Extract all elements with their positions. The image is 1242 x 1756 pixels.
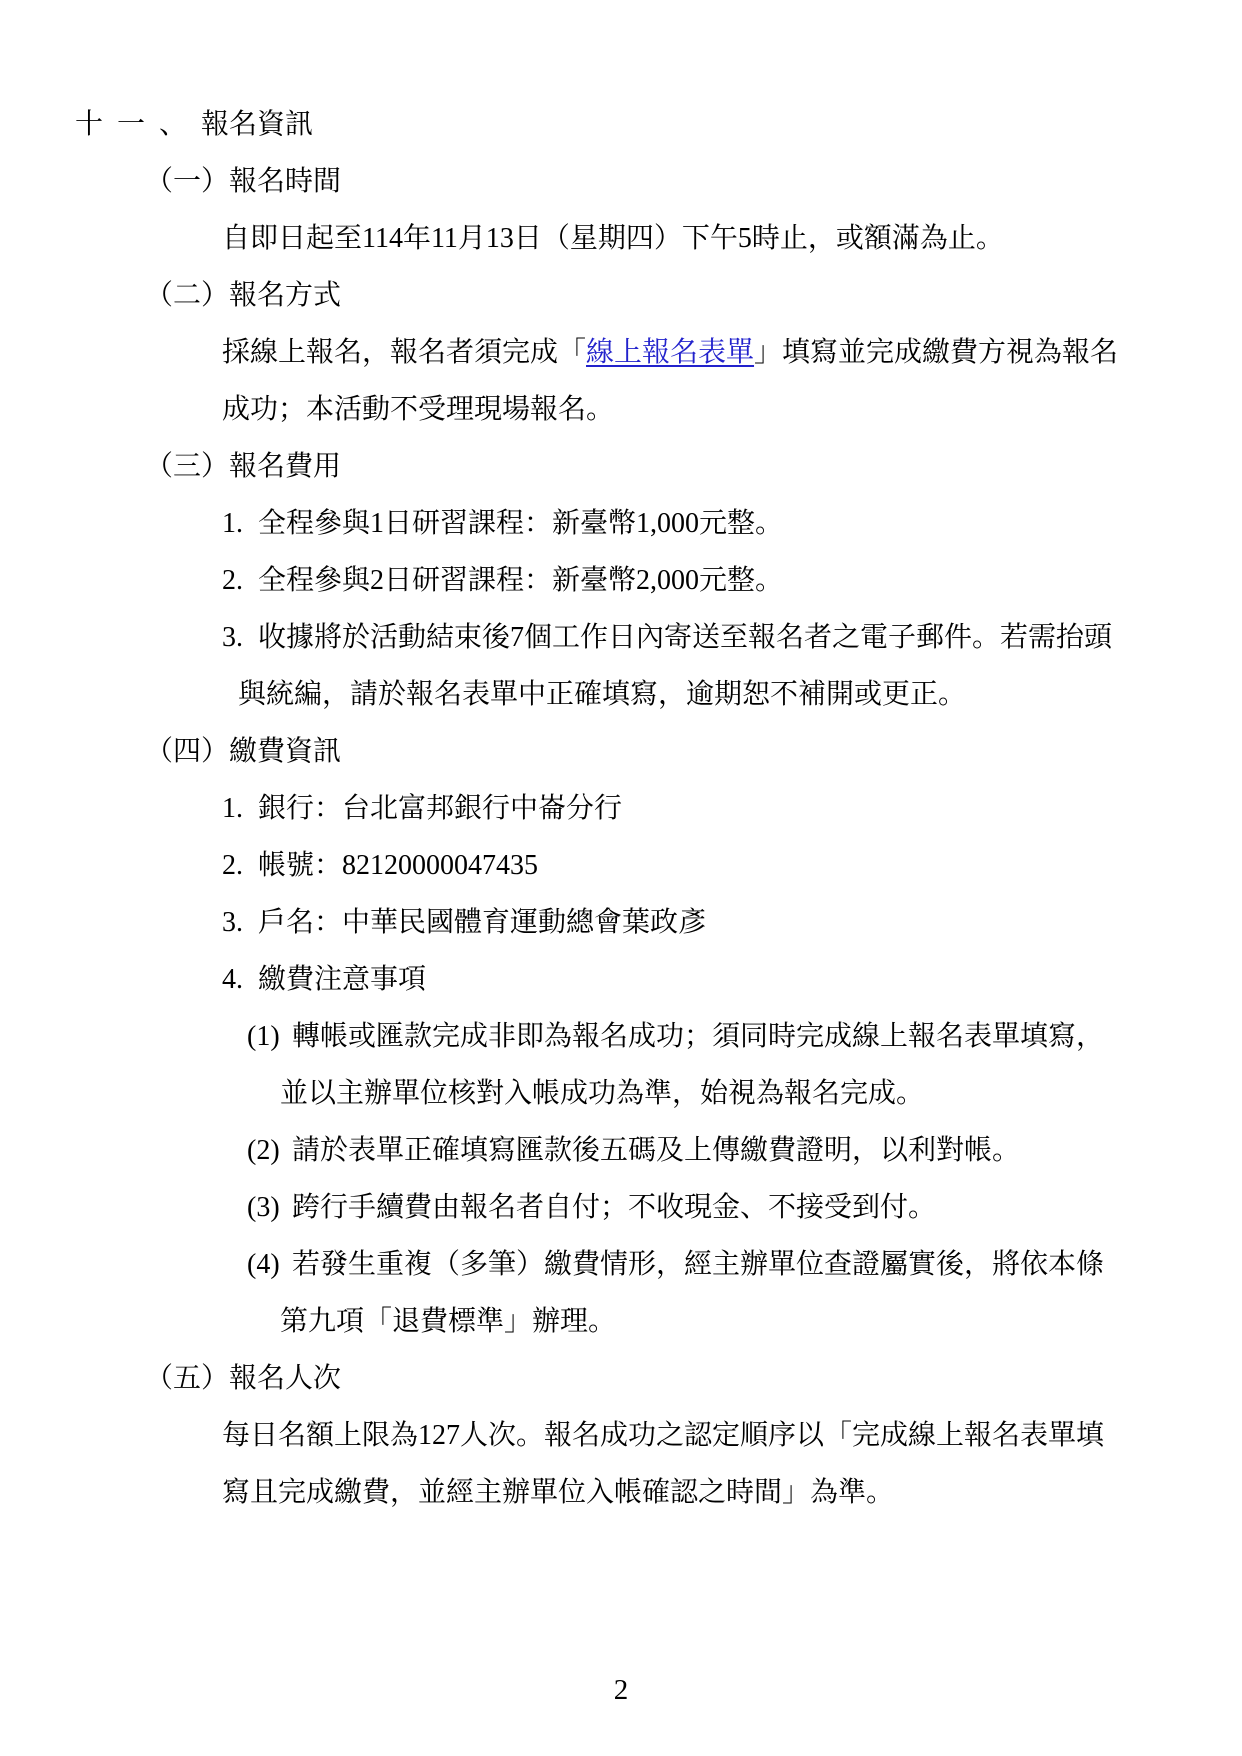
text-segment: 成功；本活動不受理現場報名。	[222, 394, 614, 425]
text-segment: 銀行：台北富邦銀行中崙分行	[258, 793, 622, 824]
sub-heading-1-time: （一）報名時間	[0, 153, 1242, 210]
fee-item-3-line-2: 與統編，請於報名表單中正確填寫，逾期恕不補開或更正。	[0, 666, 1242, 723]
text-segment: 轉帳或匯款完成非即為報名成功；須同時完成線上報名表單填寫，	[292, 1021, 1104, 1052]
registration-method-line-1: 採線上報名，報名者須完成「線上報名表單」填寫並完成繳費方視為報名	[0, 324, 1242, 381]
payment-note-4-line-1: (4)若發生重複（多筆）繳費情形，經主辦單位查證屬實後，將依本條	[0, 1236, 1242, 1293]
quota-line-1: 每日名額上限為127人次。報名成功之認定順序以「完成線上報名表單填	[0, 1407, 1242, 1464]
text-segment: 收據將於活動結束後7個工作日內寄送至報名者之電子郵件。若需抬頭	[258, 622, 1112, 653]
text-segment: 第九項「退費標準」辦理。	[280, 1306, 616, 1337]
text-segment: （一）報名時間	[145, 166, 341, 197]
list-marker: 3.	[222, 894, 258, 951]
text-segment: 跨行手續費由報名者自付；不收現金、不接受到付。	[292, 1192, 936, 1223]
section-11-heading: 十一、報名資訊	[0, 96, 1242, 153]
list-marker: (3)	[247, 1179, 292, 1236]
list-marker: 1.	[222, 495, 258, 552]
list-marker: 2.	[222, 837, 258, 894]
payment-bank: 1.銀行：台北富邦銀行中崙分行	[0, 780, 1242, 837]
list-marker: (1)	[247, 1008, 292, 1065]
text-segment: （四）繳費資訊	[145, 736, 341, 767]
payment-account-number: 2.帳號：82120000047435	[0, 837, 1242, 894]
list-marker: 十一、	[75, 96, 201, 153]
text-segment: （二）報名方式	[145, 280, 341, 311]
payment-note-1-line-2: 並以主辦單位核對入帳成功為準，始視為報名完成。	[0, 1065, 1242, 1122]
payment-note-3: (3)跨行手續費由報名者自付；不收現金、不接受到付。	[0, 1179, 1242, 1236]
text-segment: 」填寫並完成繳費方視為報名	[754, 337, 1118, 368]
document-body: 十一、報名資訊（一）報名時間自即日起至114年11月13日（星期四）下午5時止，…	[0, 0, 1242, 1521]
text-segment: 若發生重複（多筆）繳費情形，經主辦單位查證屬實後，將依本條	[292, 1249, 1104, 1280]
sub-heading-2-method: （二）報名方式	[0, 267, 1242, 324]
fee-item-2: 2.全程參與2日研習課程：新臺幣2,000元整。	[0, 552, 1242, 609]
page-number: 2	[0, 1662, 1242, 1719]
list-marker: 3.	[222, 609, 258, 666]
text-segment: 戶名：中華民國體育運動總會葉政彥	[258, 907, 706, 938]
payment-account-name: 3.戶名：中華民國體育運動總會葉政彥	[0, 894, 1242, 951]
list-marker: 2.	[222, 552, 258, 609]
sub-heading-4-payment: （四）繳費資訊	[0, 723, 1242, 780]
list-marker: 4.	[222, 951, 258, 1008]
text-segment: 繳費注意事項	[258, 964, 426, 995]
list-marker: 1.	[222, 780, 258, 837]
text-segment: 寫且完成繳費，並經主辦單位入帳確認之時間」為準。	[222, 1477, 894, 1508]
text-segment: 自即日起至114年11月13日（星期四）下午5時止，或額滿為止。	[222, 223, 1004, 254]
text-segment: 與統編，請於報名表單中正確填寫，逾期恕不補開或更正。	[238, 679, 966, 710]
text-segment: 並以主辦單位核對入帳成功為準，始視為報名完成。	[280, 1078, 924, 1109]
text-segment: 每日名額上限為127人次。報名成功之認定順序以「完成線上報名表單填	[222, 1420, 1104, 1451]
payment-notes-heading: 4.繳費注意事項	[0, 951, 1242, 1008]
list-marker: (4)	[247, 1236, 292, 1293]
payment-note-4-line-2: 第九項「退費標準」辦理。	[0, 1293, 1242, 1350]
payment-note-2: (2)請於表單正確填寫匯款後五碼及上傳繳費證明，以利對帳。	[0, 1122, 1242, 1179]
registration-time-text: 自即日起至114年11月13日（星期四）下午5時止，或額滿為止。	[0, 210, 1242, 267]
quota-line-2: 寫且完成繳費，並經主辦單位入帳確認之時間」為準。	[0, 1464, 1242, 1521]
text-segment: （五）報名人次	[145, 1363, 341, 1394]
sub-heading-5-quota: （五）報名人次	[0, 1350, 1242, 1407]
text-segment: 全程參與2日研習課程：新臺幣2,000元整。	[258, 565, 783, 596]
fee-item-3-line-1: 3.收據將於活動結束後7個工作日內寄送至報名者之電子郵件。若需抬頭	[0, 609, 1242, 666]
text-segment: （三）報名費用	[145, 451, 341, 482]
document-page: 十一、報名資訊（一）報名時間自即日起至114年11月13日（星期四）下午5時止，…	[0, 0, 1242, 1756]
payment-note-1-line-1: (1)轉帳或匯款完成非即為報名成功；須同時完成線上報名表單填寫，	[0, 1008, 1242, 1065]
text-segment: 採線上報名，報名者須完成「	[222, 337, 586, 368]
text-segment: 全程參與1日研習課程：新臺幣1,000元整。	[258, 508, 783, 539]
sub-heading-3-fee: （三）報名費用	[0, 438, 1242, 495]
text-segment: 請於表單正確填寫匯款後五碼及上傳繳費證明，以利對帳。	[292, 1135, 1020, 1166]
online-registration-form-link[interactable]: 線上報名表單	[586, 337, 754, 368]
registration-method-line-2: 成功；本活動不受理現場報名。	[0, 381, 1242, 438]
text-segment: 帳號：82120000047435	[258, 850, 538, 881]
list-marker: (2)	[247, 1122, 292, 1179]
fee-item-1: 1.全程參與1日研習課程：新臺幣1,000元整。	[0, 495, 1242, 552]
text-segment: 報名資訊	[201, 109, 313, 140]
